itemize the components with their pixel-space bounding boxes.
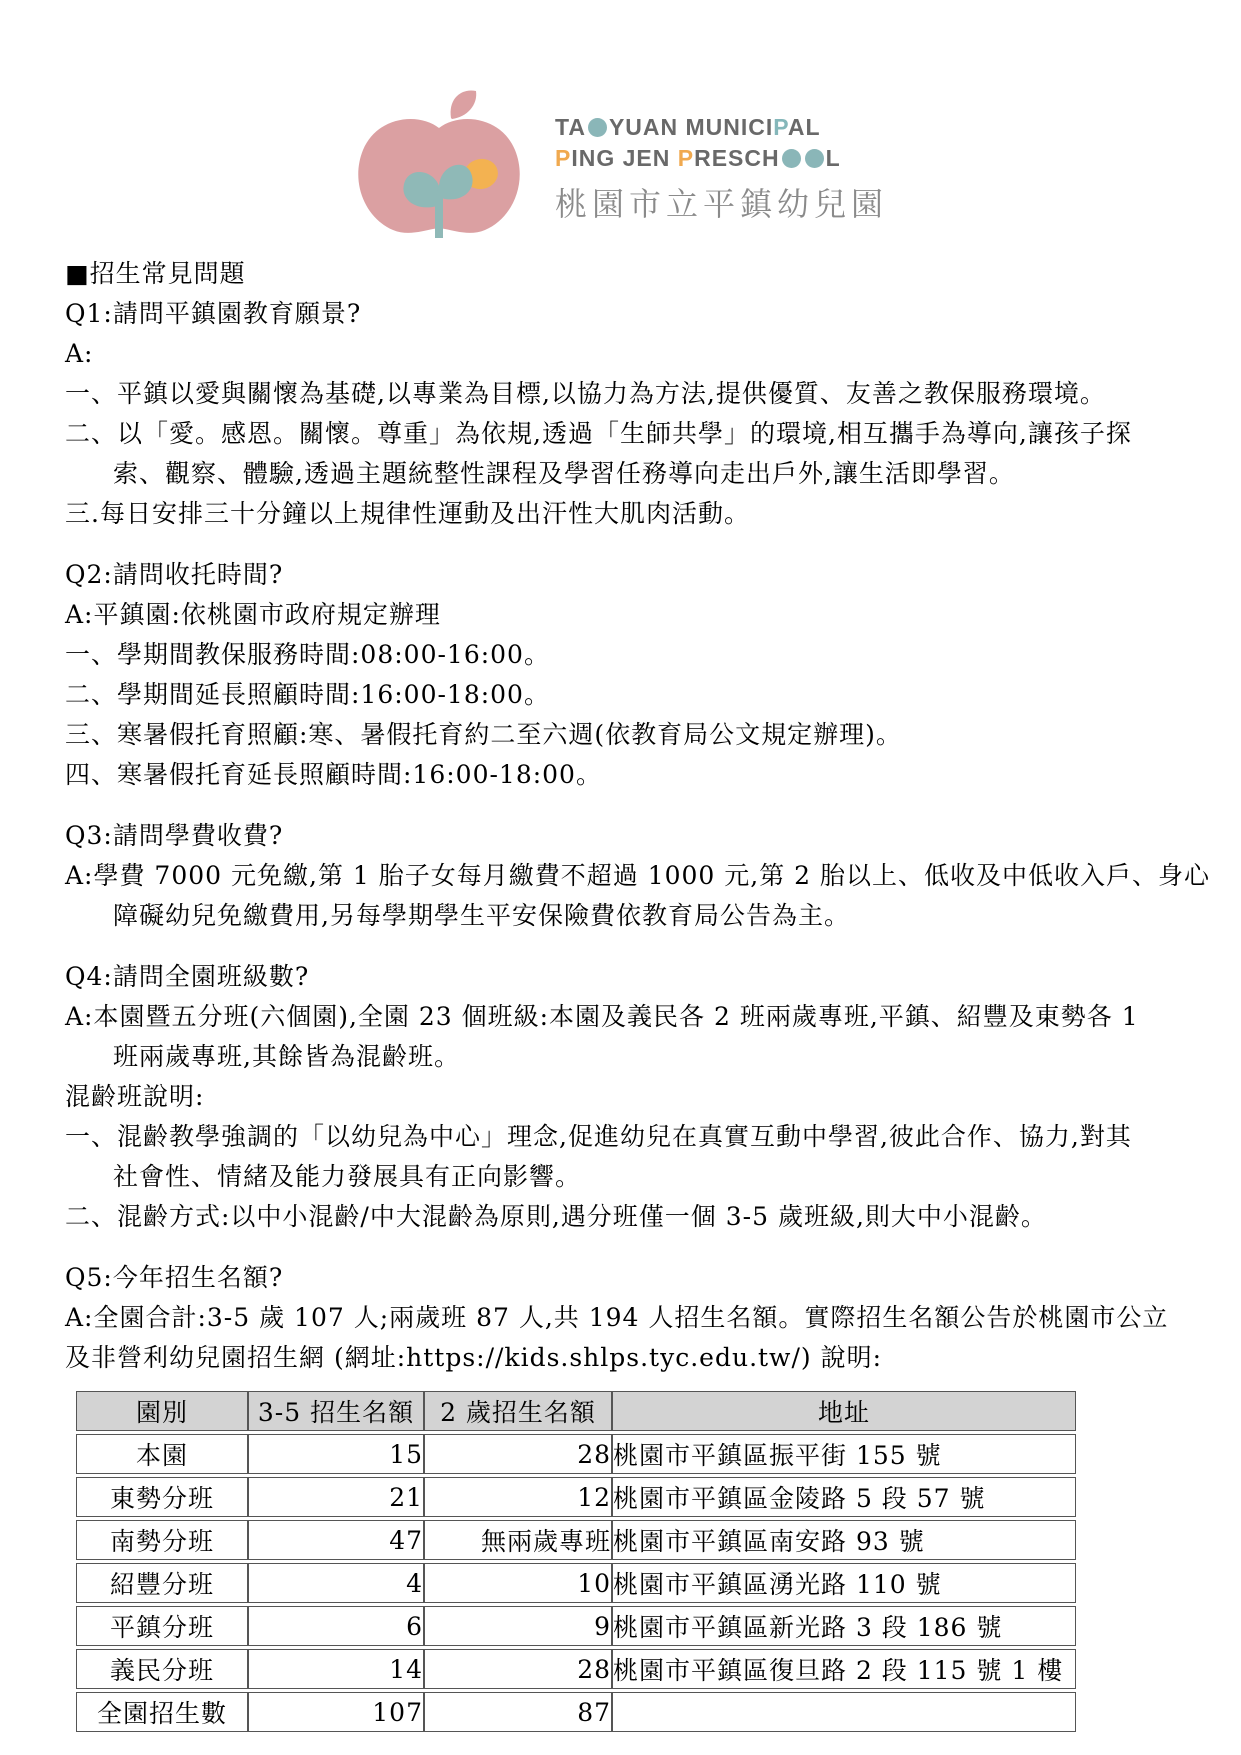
enrollment-table-wrap: 園別 3-5 招生名額 2 歲招生名額 地址 本園 15 28 桃園市平鎮區振平… xyxy=(76,1388,1241,1735)
answer-line: A:平鎮園:依桃園市政府規定辦理 xyxy=(65,595,1181,635)
campus-cell: 全園招生數 xyxy=(76,1692,248,1732)
col-header-quota-3-5: 3-5 招生名額 xyxy=(248,1391,424,1431)
answer-line: 一、學期間教保服務時間:08:00-16:00。 xyxy=(65,635,1181,675)
campus-cell: 義民分班 xyxy=(76,1649,248,1689)
quota-2yo-cell: 87 xyxy=(424,1692,612,1732)
school-logo: TAYUAN MUNICIPAL PING JEN PRESCHL 桃園市立平鎮… xyxy=(0,0,1241,238)
quota-3-5-cell: 21 xyxy=(248,1477,424,1517)
logo-text-block: TAYUAN MUNICIPAL PING JEN PRESCHL 桃園市立平鎮… xyxy=(555,86,888,225)
question-q3: Q3:請問學費收費? xyxy=(65,816,1181,856)
logo-chinese-name: 桃園市立平鎮幼兒園 xyxy=(555,179,888,225)
table-row: 平鎮分班 6 9 桃園市平鎮區新光路 3 段 186 號 xyxy=(76,1606,1076,1646)
quota-3-5-cell: 6 xyxy=(248,1606,424,1646)
answer-line: A:本園暨五分班(六個園),全園 23 個班級:本園及義民各 2 班兩歲專班,平… xyxy=(65,997,1181,1037)
answer-line: 及非營利幼兒園招生網 (網址:https://kids.shlps.tyc.ed… xyxy=(65,1338,1181,1378)
campus-cell: 本園 xyxy=(76,1434,248,1474)
logo-english-line2: PING JEN PRESCHL xyxy=(555,143,888,174)
logo-accent-letter: P xyxy=(773,114,788,140)
address-cell: 桃園市平鎮區湧光路 110 號 xyxy=(612,1563,1076,1603)
faq-heading: ■招生常見問題 xyxy=(65,254,1181,294)
answer-line: 二、以「愛。感恩。關懷。尊重」為依規,透過「生師共學」的環境,相互攜手為導向,讓… xyxy=(65,414,1181,454)
question-q4: Q4:請問全園班級數? xyxy=(65,957,1181,997)
table-row-total: 全園招生數 107 87 xyxy=(76,1692,1076,1732)
question-q5: Q5:今年招生名額? xyxy=(65,1258,1181,1298)
answer-line: 一、混齡教學強調的「以幼兒為中心」理念,促進幼兒在真實互動中學習,彼此合作、協力… xyxy=(65,1117,1181,1157)
campus-cell: 平鎮分班 xyxy=(76,1606,248,1646)
col-header-address: 地址 xyxy=(612,1391,1076,1431)
answer-line: 一、平鎮以愛與關懷為基礎,以專業為目標,以協力為方法,提供優質、友善之教保服務環… xyxy=(65,374,1181,414)
logo-text: RESCH xyxy=(694,145,780,171)
campus-cell: 南勢分班 xyxy=(76,1520,248,1560)
col-header-campus: 園別 xyxy=(76,1391,248,1431)
table-row: 南勢分班 47 無兩歲專班 桃園市平鎮區南安路 93 號 xyxy=(76,1520,1076,1560)
answer-line: A:全園合計:3-5 歲 107 人;兩歲班 87 人,共 194 人招生名額。… xyxy=(65,1298,1181,1338)
col-header-quota-2yo: 2 歲招生名額 xyxy=(424,1391,612,1431)
answer-text: 及非營利幼兒園招生網 (網址: xyxy=(65,1343,406,1372)
quota-3-5-cell: 15 xyxy=(248,1434,424,1474)
answer-line: 班兩歲專班,其餘皆為混齡班。 xyxy=(65,1037,1181,1077)
quota-3-5-cell: 14 xyxy=(248,1649,424,1689)
quota-2yo-cell: 9 xyxy=(424,1606,612,1646)
answer-label: A: xyxy=(65,334,1181,374)
campus-cell: 東勢分班 xyxy=(76,1477,248,1517)
answer-line: 三、寒暑假托育照顧:寒、暑假托育約二至六週(依教育局公文規定辦理)。 xyxy=(65,715,1181,755)
address-cell xyxy=(612,1692,1076,1732)
logo-text: ING JEN xyxy=(571,145,677,171)
table-row: 東勢分班 21 12 桃園市平鎮區金陵路 5 段 57 號 xyxy=(76,1477,1076,1517)
table-row: 義民分班 14 28 桃園市平鎮區復旦路 2 段 115 號 1 樓 xyxy=(76,1649,1076,1689)
address-cell: 桃園市平鎮區振平街 155 號 xyxy=(612,1434,1076,1474)
page: TAYUAN MUNICIPAL PING JEN PRESCHL 桃園市立平鎮… xyxy=(0,0,1241,1735)
quota-2yo-cell: 28 xyxy=(424,1649,612,1689)
logo-text: AL xyxy=(788,114,821,140)
quota-3-5-cell: 107 xyxy=(248,1692,424,1732)
logo-text: TA xyxy=(555,114,586,140)
logo-accent-letter: P xyxy=(555,145,571,171)
quota-3-5-cell: 4 xyxy=(248,1563,424,1603)
logo-text: YUAN MUNICI xyxy=(609,114,773,140)
teal-dot-icon xyxy=(805,149,824,168)
enrollment-website-url: https://kids.shlps.tyc.edu.tw/ xyxy=(406,1343,801,1372)
logo-accent-letter: P xyxy=(678,145,694,171)
faq-document: ■招生常見問題 Q1:請問平鎮園教育願景? A: 一、平鎮以愛與關懷為基礎,以專… xyxy=(65,254,1181,1378)
quota-3-5-cell: 47 xyxy=(248,1520,424,1560)
teal-dot-icon xyxy=(782,149,801,168)
answer-line: 混齡班說明: xyxy=(65,1077,1181,1117)
address-cell: 桃園市平鎮區復旦路 2 段 115 號 1 樓 xyxy=(612,1649,1076,1689)
answer-line: 四、寒暑假托育延長照顧時間:16:00-18:00。 xyxy=(65,755,1181,795)
table-header-row: 園別 3-5 招生名額 2 歲招生名額 地址 xyxy=(76,1391,1076,1431)
address-cell: 桃園市平鎮區新光路 3 段 186 號 xyxy=(612,1606,1076,1646)
question-q2: Q2:請問收托時間? xyxy=(65,555,1181,595)
quota-2yo-cell: 28 xyxy=(424,1434,612,1474)
teal-dot-icon xyxy=(588,118,607,137)
answer-line: 社會性、情緒及能力發展具有正向影響。 xyxy=(65,1157,1181,1197)
quota-2yo-cell: 10 xyxy=(424,1563,612,1603)
logo-english-line1: TAYUAN MUNICIPAL xyxy=(555,112,888,143)
answer-line: A:學費 7000 元免繳,第 1 胎子女每月繳費不超過 1000 元,第 2 … xyxy=(65,856,1181,896)
answer-line: 三.每日安排三十分鐘以上規律性運動及出汗性大肌肉活動。 xyxy=(65,494,1181,534)
table-row: 本園 15 28 桃園市平鎮區振平街 155 號 xyxy=(76,1434,1076,1474)
table-row: 紹豐分班 4 10 桃園市平鎮區湧光路 110 號 xyxy=(76,1563,1076,1603)
answer-line: 二、學期間延長照顧時間:16:00-18:00。 xyxy=(65,675,1181,715)
quota-2yo-cell: 無兩歲專班 xyxy=(424,1520,612,1560)
campus-cell: 紹豐分班 xyxy=(76,1563,248,1603)
question-q1: Q1:請問平鎮園教育願景? xyxy=(65,294,1181,334)
answer-line: 障礙幼兒免繳費用,另每學期學生平安保險費依教育局公告為主。 xyxy=(65,896,1181,936)
enrollment-quota-table: 園別 3-5 招生名額 2 歲招生名額 地址 本園 15 28 桃園市平鎮區振平… xyxy=(76,1388,1076,1735)
quota-2yo-cell: 12 xyxy=(424,1477,612,1517)
apple-logo-icon xyxy=(353,86,525,238)
logo-text: L xyxy=(826,145,841,171)
address-cell: 桃園市平鎮區南安路 93 號 xyxy=(612,1520,1076,1560)
answer-line: 二、混齡方式:以中小混齡/中大混齡為原則,遇分班僅一個 3-5 歲班級,則大中小… xyxy=(65,1197,1181,1237)
answer-text: ) 說明: xyxy=(801,1343,882,1372)
address-cell: 桃園市平鎮區金陵路 5 段 57 號 xyxy=(612,1477,1076,1517)
answer-line: 索、觀察、體驗,透過主題統整性課程及學習任務導向走出戶外,讓生活即學習。 xyxy=(65,454,1181,494)
